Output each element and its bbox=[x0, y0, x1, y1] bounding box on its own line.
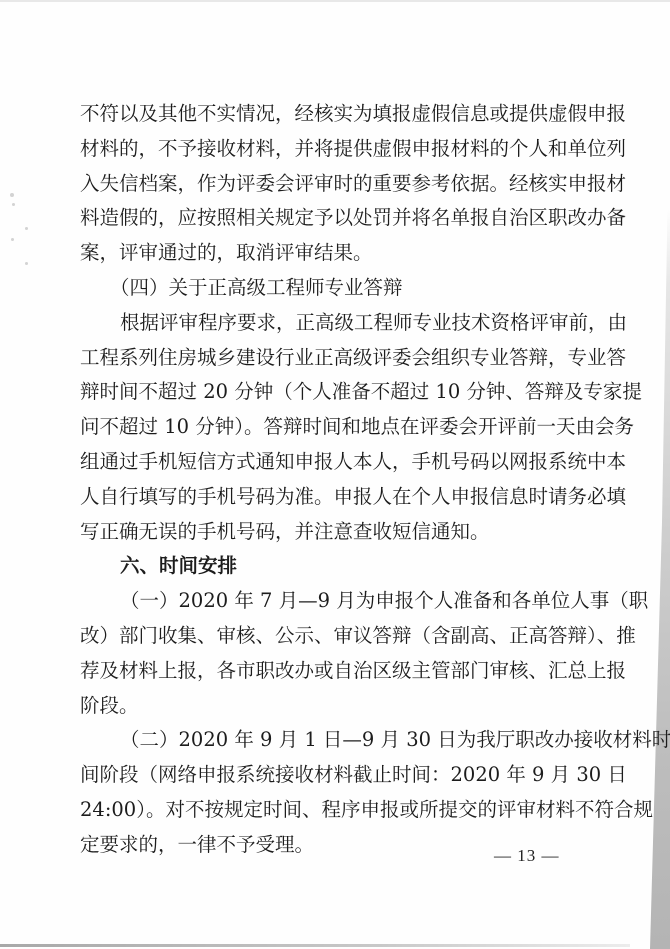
paragraph-schedule-item-1: （一）2020 年 7 月—9 月为申报个人准备和各单位人事（职 改）部门收集、… bbox=[80, 584, 588, 723]
subheading-defense: （四）关于正高级工程师专业答辩 bbox=[80, 271, 588, 306]
text-line: 写正确无误的手机号码，并注意查收短信通知。 bbox=[80, 515, 588, 550]
text-line: 根据评审程序要求，正高级工程师专业技术资格评审前，由 bbox=[80, 306, 588, 341]
section-subheading: （四）关于正高级工程师专业答辩 bbox=[80, 271, 588, 306]
text-line: 人自行填写的手机号码为准。申报人在个人申报信息时请务必填 bbox=[80, 480, 588, 515]
text-line: 工程系列住房城乡建设行业正高级评委会组织专业答辩，专业答 bbox=[80, 341, 588, 376]
text-line: 案，评审通过的，取消评审结果。 bbox=[80, 236, 588, 271]
text-line: 问不超过 10 分钟）。答辩时间和地点在评委会开评前一天由会务 bbox=[80, 410, 588, 445]
heading-schedule: 六、时间安排 bbox=[80, 549, 588, 584]
section-heading: 六、时间安排 bbox=[80, 549, 588, 584]
text-line: 料造假的，应按照相关规定予以处罚并将名单报自治区职改办备 bbox=[80, 201, 588, 236]
text-line: 组通过手机短信方式通知申报人本人，手机号码以网报系统中本 bbox=[80, 445, 588, 480]
scan-artifact-dot bbox=[10, 193, 14, 197]
scan-top-edge bbox=[0, 0, 670, 2]
document-body: 不符以及其他不实情况，经核实为填报虚假信息或提供虚假申报 材料的，不予接收材料，… bbox=[80, 97, 588, 863]
scan-artifact-dot bbox=[11, 238, 14, 241]
text-line: 24:00）。对不按规定时间、程序申报或所提交的评审材料不符合规 bbox=[80, 793, 588, 828]
page-number: — 13 — bbox=[494, 846, 560, 866]
text-line: 入失信档案，作为评委会评审时的重要参考依据。经核实申报材 bbox=[80, 167, 588, 202]
document-page: 不符以及其他不实情况，经核实为填报虚假信息或提供虚假申报 材料的，不予接收材料，… bbox=[0, 0, 670, 949]
scan-artifact-dot bbox=[25, 262, 28, 265]
text-line: 改）部门收集、审核、公示、审议答辩（含副高、正高答辩）、推 bbox=[80, 619, 588, 654]
scan-right-shadow bbox=[650, 0, 670, 949]
paragraph-defense-details: 根据评审程序要求，正高级工程师专业技术资格评审前，由 工程系列住房城乡建设行业正… bbox=[80, 306, 588, 550]
scan-artifact-dot bbox=[12, 203, 15, 206]
text-line: 间阶段（网络申报系统接收材料截止时间：2020 年 9 月 30 日 bbox=[80, 758, 588, 793]
scan-bottom-edge bbox=[0, 944, 630, 947]
paragraph-schedule-item-2: （二）2020 年 9 月 1 日—9 月 30 日为我厅职改办接收材料时 间阶… bbox=[80, 723, 588, 862]
text-line: 阶段。 bbox=[80, 689, 588, 724]
text-line: 辩时间不超过 20 分钟（个人准备不超过 10 分钟、答辩及专家提 bbox=[80, 375, 588, 410]
text-line: 材料的，不予接收材料，并将提供虚假申报材料的个人和单位列 bbox=[80, 132, 588, 167]
paragraph-false-info-penalty: 不符以及其他不实情况，经核实为填报虚假信息或提供虚假申报 材料的，不予接收材料，… bbox=[80, 97, 588, 271]
text-line: 不符以及其他不实情况，经核实为填报虚假信息或提供虚假申报 bbox=[80, 97, 588, 132]
scan-artifact-dot bbox=[25, 227, 28, 230]
text-line: 荐及材料上报，各市职改办或自治区级主管部门审核、汇总上报 bbox=[80, 654, 588, 689]
text-line: （二）2020 年 9 月 1 日—9 月 30 日为我厅职改办接收材料时 bbox=[80, 723, 588, 758]
text-line: （一）2020 年 7 月—9 月为申报个人准备和各单位人事（职 bbox=[80, 584, 588, 619]
